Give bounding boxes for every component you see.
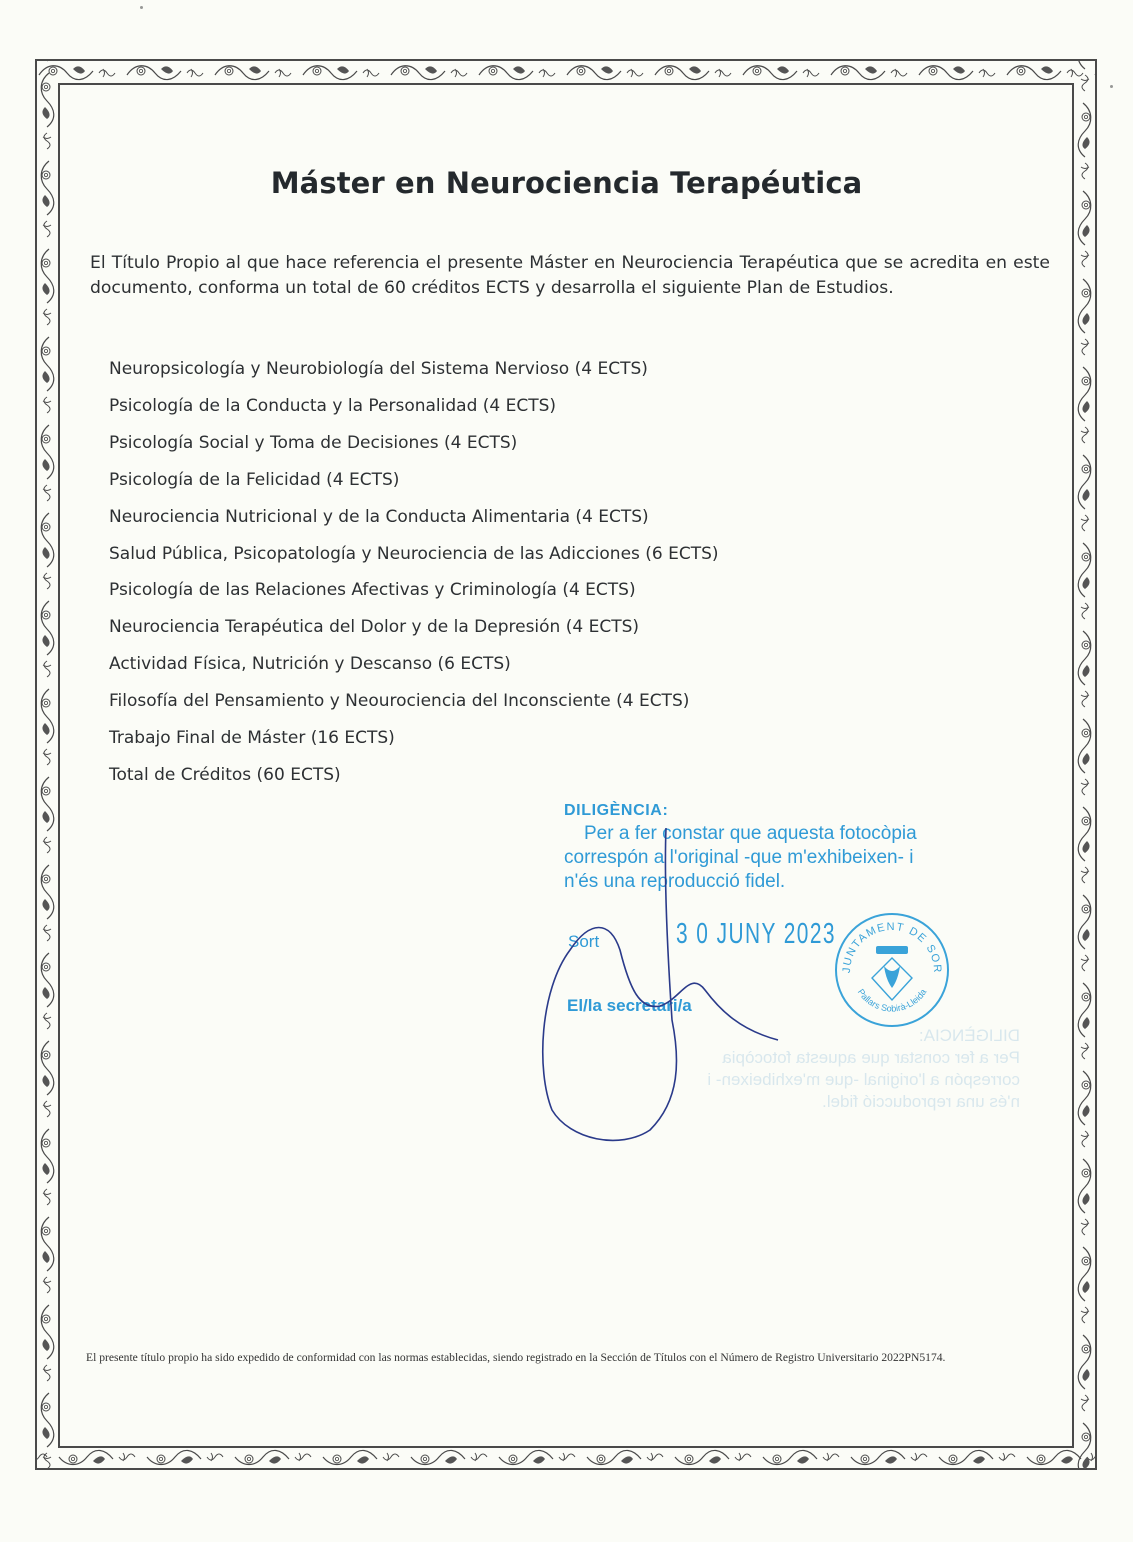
document-title: Máster en Neurociencia Terapéutica bbox=[0, 166, 1133, 200]
ornament-border-left bbox=[37, 61, 58, 1469]
course-item: Neuropsicología y Neurobiología del Sist… bbox=[109, 351, 719, 388]
course-item: Psicología Social y Toma de Decisiones (… bbox=[109, 425, 719, 462]
course-item: Salud Pública, Psicopatología y Neurocie… bbox=[109, 536, 719, 573]
course-total: Total de Créditos (60 ECTS) bbox=[109, 757, 719, 794]
course-item: Neurociencia Nutricional y de la Conduct… bbox=[109, 499, 719, 536]
ornament-border-right bbox=[1074, 61, 1095, 1469]
course-item: Psicología de las Relaciones Afectivas y… bbox=[109, 572, 719, 609]
svg-text:AJUNTAMENT DE SORT: AJUNTAMENT DE SORT bbox=[832, 910, 943, 974]
course-item: Neurociencia Terapéutica del Dolor y de … bbox=[109, 609, 719, 646]
study-plan-list: Neuropsicología y Neurobiología del Sist… bbox=[109, 351, 719, 794]
course-item: Actividad Física, Nutrición y Descanso (… bbox=[109, 646, 719, 683]
seal-top-text: AJUNTAMENT DE SORT bbox=[832, 910, 943, 974]
handwritten-signature bbox=[530, 820, 790, 1160]
course-item: Psicología de la Conducta y la Personali… bbox=[109, 388, 719, 425]
scan-speck bbox=[140, 6, 143, 9]
intro-paragraph: El Título Propio al que hace referencia … bbox=[90, 251, 1050, 301]
stamp-heading: DILIGÈNCIA: bbox=[564, 802, 964, 820]
ornament-border-top bbox=[37, 61, 1095, 83]
course-item: Trabajo Final de Máster (16 ECTS) bbox=[109, 720, 719, 757]
municipal-seal: AJUNTAMENT DE SORT Pallars Sobirà-Lleida bbox=[832, 910, 952, 1030]
course-item: Filosofía del Pensamiento y Neourocienci… bbox=[109, 683, 719, 720]
scan-speck bbox=[1110, 85, 1113, 88]
registration-note: El presente título propio ha sido expedi… bbox=[86, 1350, 1036, 1365]
course-item: Psicología de la Felicidad (4 ECTS) bbox=[109, 462, 719, 499]
ornament-border-bottom bbox=[37, 1447, 1095, 1469]
